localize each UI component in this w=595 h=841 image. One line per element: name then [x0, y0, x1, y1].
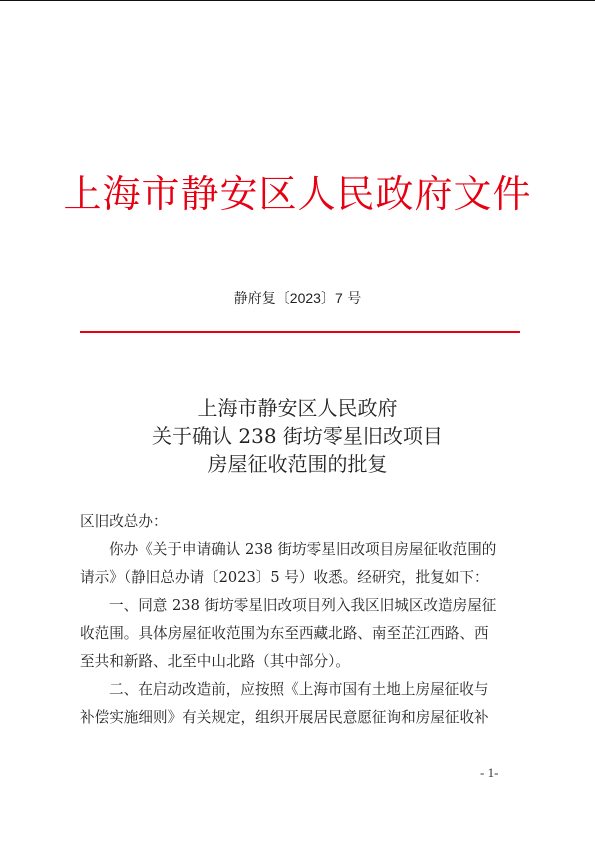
document-header-title: 上海市静安区人民政府文件	[0, 168, 595, 220]
doc-number-value: 7	[335, 290, 343, 306]
addressee: 区旧改总办：	[80, 508, 525, 536]
body-paragraph-line: 至共和新路、北至中山北路（其中部分）。	[80, 648, 525, 676]
doc-number-suffix: 号	[347, 291, 361, 307]
doc-number-prefix: 静府复〔	[234, 291, 290, 307]
document-number: 静府复〔2023〕7 号	[0, 288, 595, 309]
title-line-1: 上海市静安区人民政府	[0, 394, 595, 422]
document-title: 上海市静安区人民政府 关于确认 238 街坊零星旧改项目 房屋征收范围的批复	[0, 394, 595, 478]
doc-number-year: 2023	[290, 290, 321, 306]
title-line-3: 房屋征收范围的批复	[0, 450, 595, 478]
body-paragraph-line: 收范围。具体房屋征收范围为东至西藏北路、南至芷江西路、西	[80, 620, 525, 648]
page-top-border	[0, 0, 595, 1]
body-paragraph-line: 一、同意 238 街坊零星旧改项目列入我区旧城区改造房屋征	[80, 592, 525, 620]
doc-number-bracket: 〕	[321, 291, 335, 307]
document-body: 区旧改总办： 你办《关于申请确认 238 街坊零星旧改项目房屋征收范围的 请示》…	[80, 508, 525, 732]
body-paragraph-line: 二、在启动改造前，应按照《上海市国有土地上房屋征收与	[80, 676, 525, 704]
body-paragraph-line: 补偿实施细则》有关规定，组织开展居民意愿征询和房屋征收补	[80, 704, 525, 732]
title-line-2: 关于确认 238 街坊零星旧改项目	[0, 422, 595, 450]
page-number: - 1-	[480, 764, 540, 782]
red-separator-rule	[80, 331, 520, 333]
body-paragraph-line: 请示》（静旧总办请〔2023〕5 号）收悉。经研究，批复如下：	[80, 564, 525, 592]
body-paragraph-line: 你办《关于申请确认 238 街坊零星旧改项目房屋征收范围的	[80, 536, 525, 564]
